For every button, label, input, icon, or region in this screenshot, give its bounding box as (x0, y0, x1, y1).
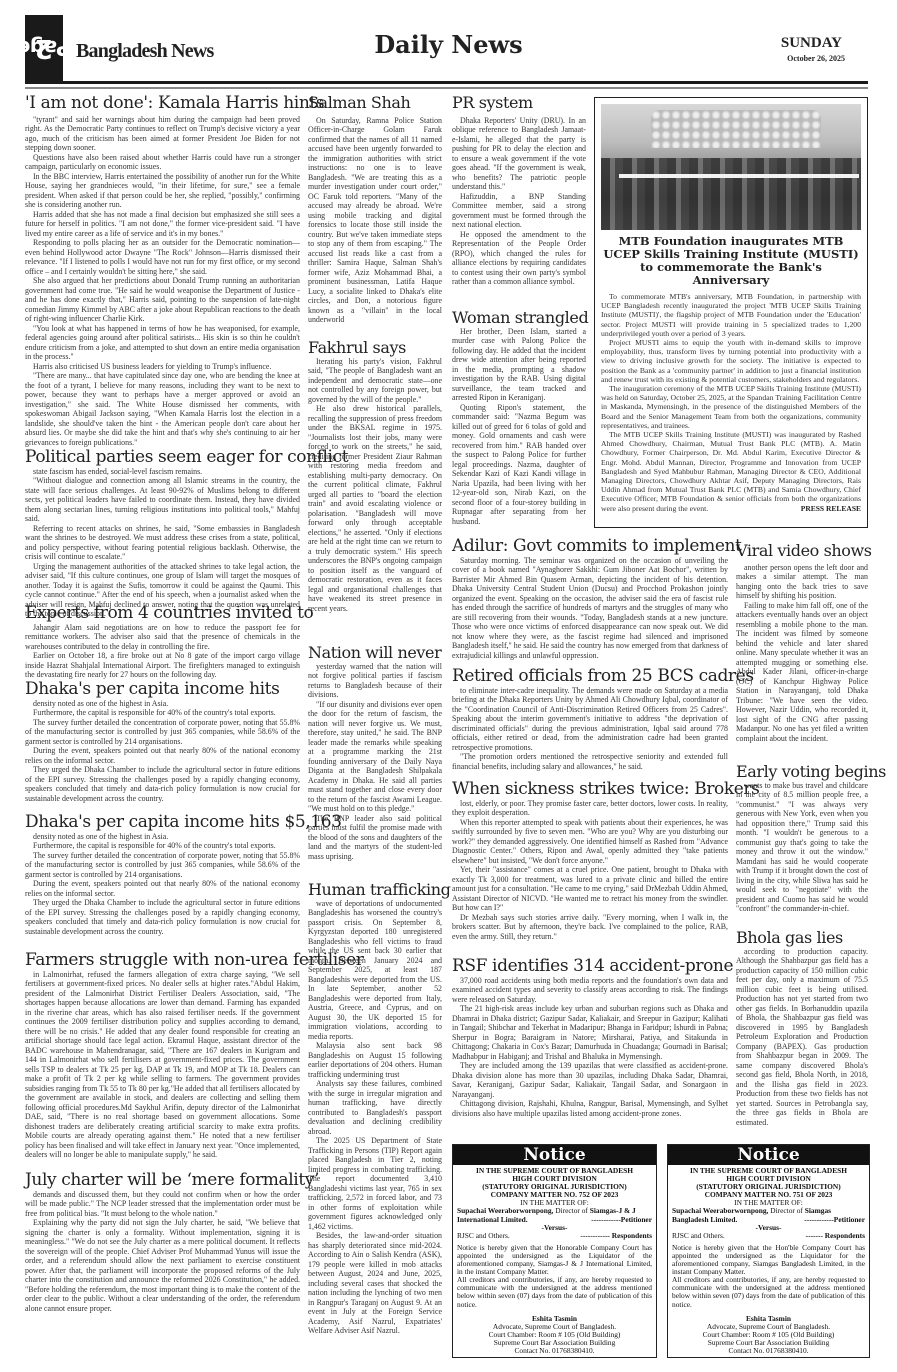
paragraph: Dr Mezbah says such stories arrive daily… (452, 913, 728, 942)
paragraph: "Without dialogue and connection among a… (25, 476, 300, 524)
article-salman-shah: Salman Shah On Saturday, Ramna Police St… (308, 95, 442, 325)
notice-title: Notice (453, 1145, 656, 1165)
article-body: Jahangir Alam said negotiations are on h… (25, 623, 300, 680)
paragraph: The BNP leader also said political parti… (308, 814, 442, 862)
paragraph: Project MUSTI aims to equip the youth wi… (601, 338, 861, 384)
article-body: state fascism has ended, social-level fa… (25, 467, 300, 619)
paragraph: Quoting Ripon's statement, the commander… (452, 403, 586, 527)
publication-day: SUNDAY (781, 35, 842, 52)
paragraph: "tyrant" and said her warnings about him… (25, 115, 300, 153)
article-body: wave of deportations of undocumented Ban… (308, 899, 442, 1336)
headline: PR system (452, 95, 586, 112)
event-photo (601, 104, 861, 230)
article-body: Saturday morning. The seminar was organi… (452, 556, 728, 661)
respondent-label: ------------ Respondents (580, 1232, 652, 1240)
paragraph: Responding to polls placing her as an ou… (25, 238, 300, 276)
paragraph: to eliminate inter-cadre inequality. The… (452, 686, 728, 753)
headline: Woman strangled (452, 310, 586, 327)
paragraph: Iterating his party's vision, Fakhrul sa… (308, 357, 442, 405)
article-woman-strangled: Woman strangled Her brother, Deen Islam,… (452, 310, 586, 526)
paragraph: On Saturday, Ramna Police Station Office… (308, 116, 442, 325)
article-dhaka-income-2: Dhaka's per capita income hits $5,163 de… (25, 814, 300, 936)
headline: Dhaka's per capita income hits (25, 681, 300, 699)
paragraph: Chittagong division, Rajshahi, Khulna, R… (452, 1099, 728, 1118)
article-farmers: Farmers struggle with non-urea fertilise… (25, 952, 300, 1160)
article-body: Dhaka Reporters' Unity (DRU). In an obli… (452, 116, 586, 287)
paragraph: wants to make bus travel and childcare i… (736, 781, 868, 914)
paragraph: Harris added that she has not made a fin… (25, 210, 300, 239)
feature-headline: MTB Foundation inaugurates MTB UCEP Skil… (601, 235, 861, 287)
article-body: On Saturday, Ramna Police Station Office… (308, 116, 442, 325)
headline: Farmers struggle with non-urea fertilise… (25, 952, 300, 970)
article-bhola-gas: Bhola gas lies according to production c… (736, 930, 868, 1127)
headline: Nation will never (308, 645, 442, 662)
paragraph: Questions have also been raised about wh… (25, 153, 300, 172)
headline: Viral video shows (736, 543, 868, 560)
headline: Political parties seem eager for conflic… (25, 449, 300, 467)
legal-notice-751: Notice IN THE SUPREME COURT OF BANGLADES… (667, 1144, 870, 1358)
paragraph: They are included among the 139 upazilas… (452, 1061, 728, 1099)
paragraph: demands and discussed them, but they cou… (25, 1190, 300, 1219)
article-body: Her brother, Deen Islam, started a murde… (452, 327, 586, 527)
article-human-trafficking: Human trafficking wave of deportations o… (308, 882, 442, 1336)
paragraph: in Lalmonirhat, refused the farmers alle… (25, 970, 300, 1160)
paragraph: To commemorate MTB's anniversary, MTB Fo… (601, 292, 861, 338)
paragraph: density noted as one of the highest in A… (25, 832, 300, 842)
article-july-charter: July charter will be ‘mere formality’ de… (25, 1172, 300, 1313)
paragraph: density noted as one of the highest in A… (25, 699, 300, 709)
signatory-contact: Contact No. 01768380410. (457, 1347, 652, 1355)
article-rsf: RSF identifies 314 accident-prone 37,000… (452, 958, 728, 1118)
paragraph: "There are many... that have capitulated… (25, 371, 300, 447)
petitioner-label: ------------Petitioner (804, 1216, 865, 1224)
masthead-rule-thin (25, 87, 868, 89)
article-body: density noted as one of the highest in A… (25, 699, 300, 804)
article-body: density noted as one of the highest in A… (25, 832, 300, 937)
headline: Fakhrul says (308, 340, 442, 357)
headline: Early voting begins (736, 764, 868, 781)
article-harris: 'I am not done': Kamala Harris hints "ty… (25, 95, 300, 447)
article-body: demands and discussed them, but they cou… (25, 1190, 300, 1314)
paragraph: The survey further detailed the concentr… (25, 718, 300, 747)
article-body: in Lalmonirhat, refused the farmers alle… (25, 970, 300, 1160)
article-nation: Nation will never yesterday warned that … (308, 645, 442, 861)
article-body: according to production capacity. Althou… (736, 947, 868, 1128)
headline: When sickness strikes twice: Brokers (452, 781, 728, 799)
paragraph: Yet, their "assistance" comes at a cruel… (452, 865, 728, 913)
newspaper-title: Daily News (0, 30, 897, 59)
notice-body: IN THE SUPREME COURT OF BANGLADESH HIGH … (453, 1165, 656, 1357)
paragraph: Furthermore, the capital is responsible … (25, 708, 300, 718)
paragraph: 37,000 road accidents using both media r… (452, 976, 728, 1005)
notice-text: All creditors and contributories, if any… (457, 1276, 652, 1308)
article-body: another person opens the left door and m… (736, 563, 868, 744)
paragraph: They urged the Dhaka Chamber to include … (25, 898, 300, 936)
paragraph: Failing to make him fall off, one of the… (736, 601, 868, 744)
paragraph: wave of deportations of undocumented Ban… (308, 899, 442, 1042)
paragraph: Jahangir Alam said negotiations are on h… (25, 623, 300, 652)
paragraph: The survey further detailed the concentr… (25, 851, 300, 880)
paragraph: The 2025 US Department of State Traffick… (308, 1136, 442, 1231)
article-fakhrul: Fakhrul says Iterating his party's visio… (308, 340, 442, 613)
article-body: wants to make bus travel and childcare i… (736, 781, 868, 914)
article-political: Political parties seem eager for conflic… (25, 449, 300, 619)
notice-title: Notice (668, 1145, 869, 1165)
paragraph: "The promotion orders mentioned the retr… (452, 752, 728, 771)
notice-text: Notice is hereby given that the Hon'ble … (672, 1244, 865, 1276)
paragraph: During the event, speakers pointed out t… (25, 879, 300, 898)
article-sickness-brokers: When sickness strikes twice: Brokers los… (452, 781, 728, 941)
paragraph: yesterday warned that the nation will no… (308, 662, 442, 700)
signatory-contact: Contact No. 01768380410. (672, 1347, 865, 1355)
paragraph: lost, elderly, or poor. They promise fas… (452, 799, 728, 818)
headline: Experts from 4 countries invited to (25, 605, 300, 623)
headline: July charter will be ‘mere formality’ (25, 1172, 300, 1190)
petitioner-role: Director of (770, 1206, 803, 1215)
paragraph: Malaysia also sent back 98 Bangladeshis … (308, 1041, 442, 1079)
petitioner-role: Director of (555, 1206, 588, 1215)
newspaper-page: Page 2 Bangladesh News Daily News SUNDAY… (0, 0, 897, 1372)
article-body: "tyrant" and said her warnings about him… (25, 115, 300, 448)
paragraph: They urged the Dhaka Chamber to include … (25, 765, 300, 803)
petitioner-label: ------------Petitioner (591, 1216, 652, 1224)
article-viral-video: Viral video shows another person opens t… (736, 543, 868, 743)
respondent: RJSC and Others. (672, 1232, 725, 1240)
paragraph: Besides, the law-and-order situation has… (308, 1231, 442, 1336)
masthead-rule (25, 81, 868, 84)
notice-text: Notice is hereby given that the Honorabl… (457, 1244, 652, 1276)
paragraph: Referring to recent attacks on shrines, … (25, 524, 300, 562)
paragraph: according to production capacity. Althou… (736, 947, 868, 1128)
article-adilur: Adilur: Govt commits to implement Saturd… (452, 538, 728, 660)
feature-body: To commemorate MTB's anniversary, MTB Fo… (601, 292, 861, 513)
people-graphic (601, 158, 861, 230)
paragraph: Earlier on October 18, a fire broke out … (25, 651, 300, 680)
paragraph: Analysts say these failures, combined wi… (308, 1079, 442, 1136)
article-experts: Experts from 4 countries invited to Jaha… (25, 605, 300, 680)
paragraph: "You look at what has happened in terms … (25, 324, 300, 362)
paragraph: During the event, speakers pointed out t… (25, 746, 300, 765)
paragraph: Hafizuddin, a BNP Standing Committee mem… (452, 192, 586, 230)
article-early-voting: Early voting begins wants to make bus tr… (736, 764, 868, 914)
article-pr-system: PR system Dhaka Reporters' Unity (DRU). … (452, 95, 586, 287)
balloon-arch-graphic (651, 110, 821, 148)
signature-block: Eshita Tasmin Advocate, Supreme Court of… (672, 1315, 865, 1355)
paragraph: When this reporter attempted to speak wi… (452, 818, 728, 866)
paragraph: another person opens the left door and m… (736, 563, 868, 601)
headline: RSF identifies 314 accident-prone (452, 958, 728, 976)
headline: Retired officials from 25 BCS cadres (452, 668, 728, 686)
headline: Human trafficking (308, 882, 442, 899)
paragraph: "If our disunity and divisions ever open… (308, 700, 442, 814)
paragraph: The 21 high-risk areas include key urban… (452, 1004, 728, 1061)
article-body: to eliminate inter-cadre inequality. The… (452, 686, 728, 772)
respondent: RJSC and Others. (457, 1232, 510, 1240)
notice-text: All creditors and contributories, if any… (672, 1276, 865, 1308)
article-dhaka-income-1: Dhaka's per capita income hits density n… (25, 681, 300, 803)
paragraph: Dhaka Reporters' Unity (DRU). In an obli… (452, 116, 586, 192)
paragraph: She also argued that her predictions abo… (25, 276, 300, 324)
paragraph: Furthermore, the capital is responsible … (25, 841, 300, 851)
paragraph: He also drew historical parallels, recal… (308, 404, 442, 613)
article-retired-officials: Retired officials from 25 BCS cadres to … (452, 668, 728, 771)
paragraph: He opposed the amendment to the Represen… (452, 230, 586, 287)
paragraph: The inauguration ceremony of the MTB UCE… (601, 384, 861, 430)
signature-block: Eshita Tasmin Advocate, Supreme Court of… (457, 1315, 652, 1355)
feature-press-release: MTB Foundation inaugurates MTB UCEP Skil… (594, 97, 868, 528)
headline: Adilur: Govt commits to implement (452, 538, 728, 556)
paragraph: In the BBC interview, Harris entertained… (25, 172, 300, 210)
ribbon-graphic (619, 174, 859, 178)
paragraph: Her brother, Deen Islam, started a murde… (452, 327, 586, 403)
article-body: lost, elderly, or poor. They promise fas… (452, 799, 728, 942)
notice-body: IN THE SUPREME COURT OF BANGLADESH HIGH … (668, 1165, 869, 1357)
paragraph: The MTB UCEP Skills Training Institute (… (601, 430, 861, 513)
headline: Salman Shah (308, 95, 442, 112)
headline: Bhola gas lies (736, 930, 868, 947)
publication-date: October 26, 2025 (787, 54, 845, 63)
paragraph: Explaining why the party did not sign th… (25, 1218, 300, 1313)
article-body: Iterating his party's vision, Fakhrul sa… (308, 357, 442, 614)
paragraph: state fascism has ended, social-level fa… (25, 467, 300, 477)
article-body: yesterday warned that the nation will no… (308, 662, 442, 862)
respondent-label: ------- Respondents (806, 1232, 865, 1240)
paragraph: Harris also criticised US business leade… (25, 362, 300, 372)
headline: 'I am not done': Kamala Harris hints (25, 95, 300, 113)
article-body: 37,000 road accidents using both media r… (452, 976, 728, 1119)
legal-notice-752: Notice IN THE SUPREME COURT OF BANGLADES… (452, 1144, 657, 1358)
headline: Dhaka's per capita income hits $5,163 (25, 814, 300, 832)
paragraph: Saturday morning. The seminar was organi… (452, 556, 728, 661)
